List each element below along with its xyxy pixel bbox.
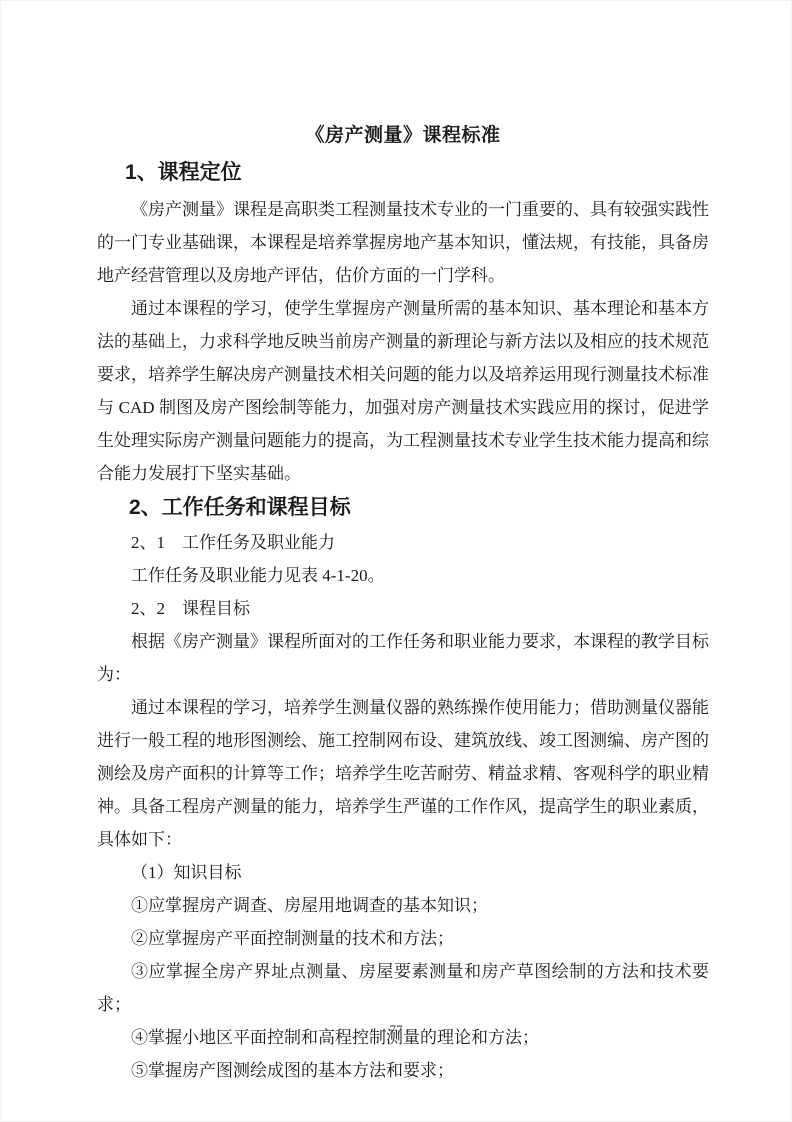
subsection-2-1-heading: 2、1 工作任务及职业能力 (97, 526, 709, 559)
page-number: - 77 - (0, 1020, 792, 1040)
section-1-paragraph-2: 通过本课程的学习，使学生掌握房产测量所需的基本知识、基本理论和基本方法的基础上，… (97, 292, 709, 490)
knowledge-item: ①应掌握房产调查、房屋用地调查的基本知识； (97, 889, 709, 922)
subsection-2-2-paragraph-2: 通过本课程的学习，培养学生测量仪器的熟练操作使用能力；借助测量仪器能进行一般工程… (97, 691, 709, 856)
document-content: 《房产测量》课程标准 1、课程定位 《房产测量》课程是高职类工程测量技术专业的一… (97, 0, 709, 1087)
knowledge-item: ③应掌握全房产界址点测量、房屋要素测量和房产草图绘制的方法和技术要求； (97, 955, 709, 1021)
section-2-heading: 2、工作任务和课程目标 (97, 490, 709, 526)
knowledge-goals-heading: （1）知识目标 (97, 856, 709, 889)
knowledge-item: ②应掌握房产平面控制测量的技术和方法； (97, 922, 709, 955)
subsection-2-1-paragraph: 工作任务及职业能力见表 4-1-20。 (97, 559, 709, 592)
section-1-heading: 1、课程定位 (97, 153, 709, 193)
section-1-paragraph-1: 《房产测量》课程是高职类工程测量技术专业的一门重要的、具有较强实践性的一门专业基… (97, 193, 709, 292)
subsection-2-2-paragraph-1: 根据《房产测量》课程所面对的工作任务和职业能力要求，本课程的教学目标为： (97, 625, 709, 691)
subsection-2-2-heading: 2、2 课程目标 (97, 592, 709, 625)
knowledge-item: ⑤掌握房产图测绘成图的基本方法和要求； (97, 1054, 709, 1087)
document-page: 《房产测量》课程标准 1、课程定位 《房产测量》课程是高职类工程测量技术专业的一… (0, 0, 792, 1122)
document-title: 《房产测量》课程标准 (97, 119, 709, 153)
